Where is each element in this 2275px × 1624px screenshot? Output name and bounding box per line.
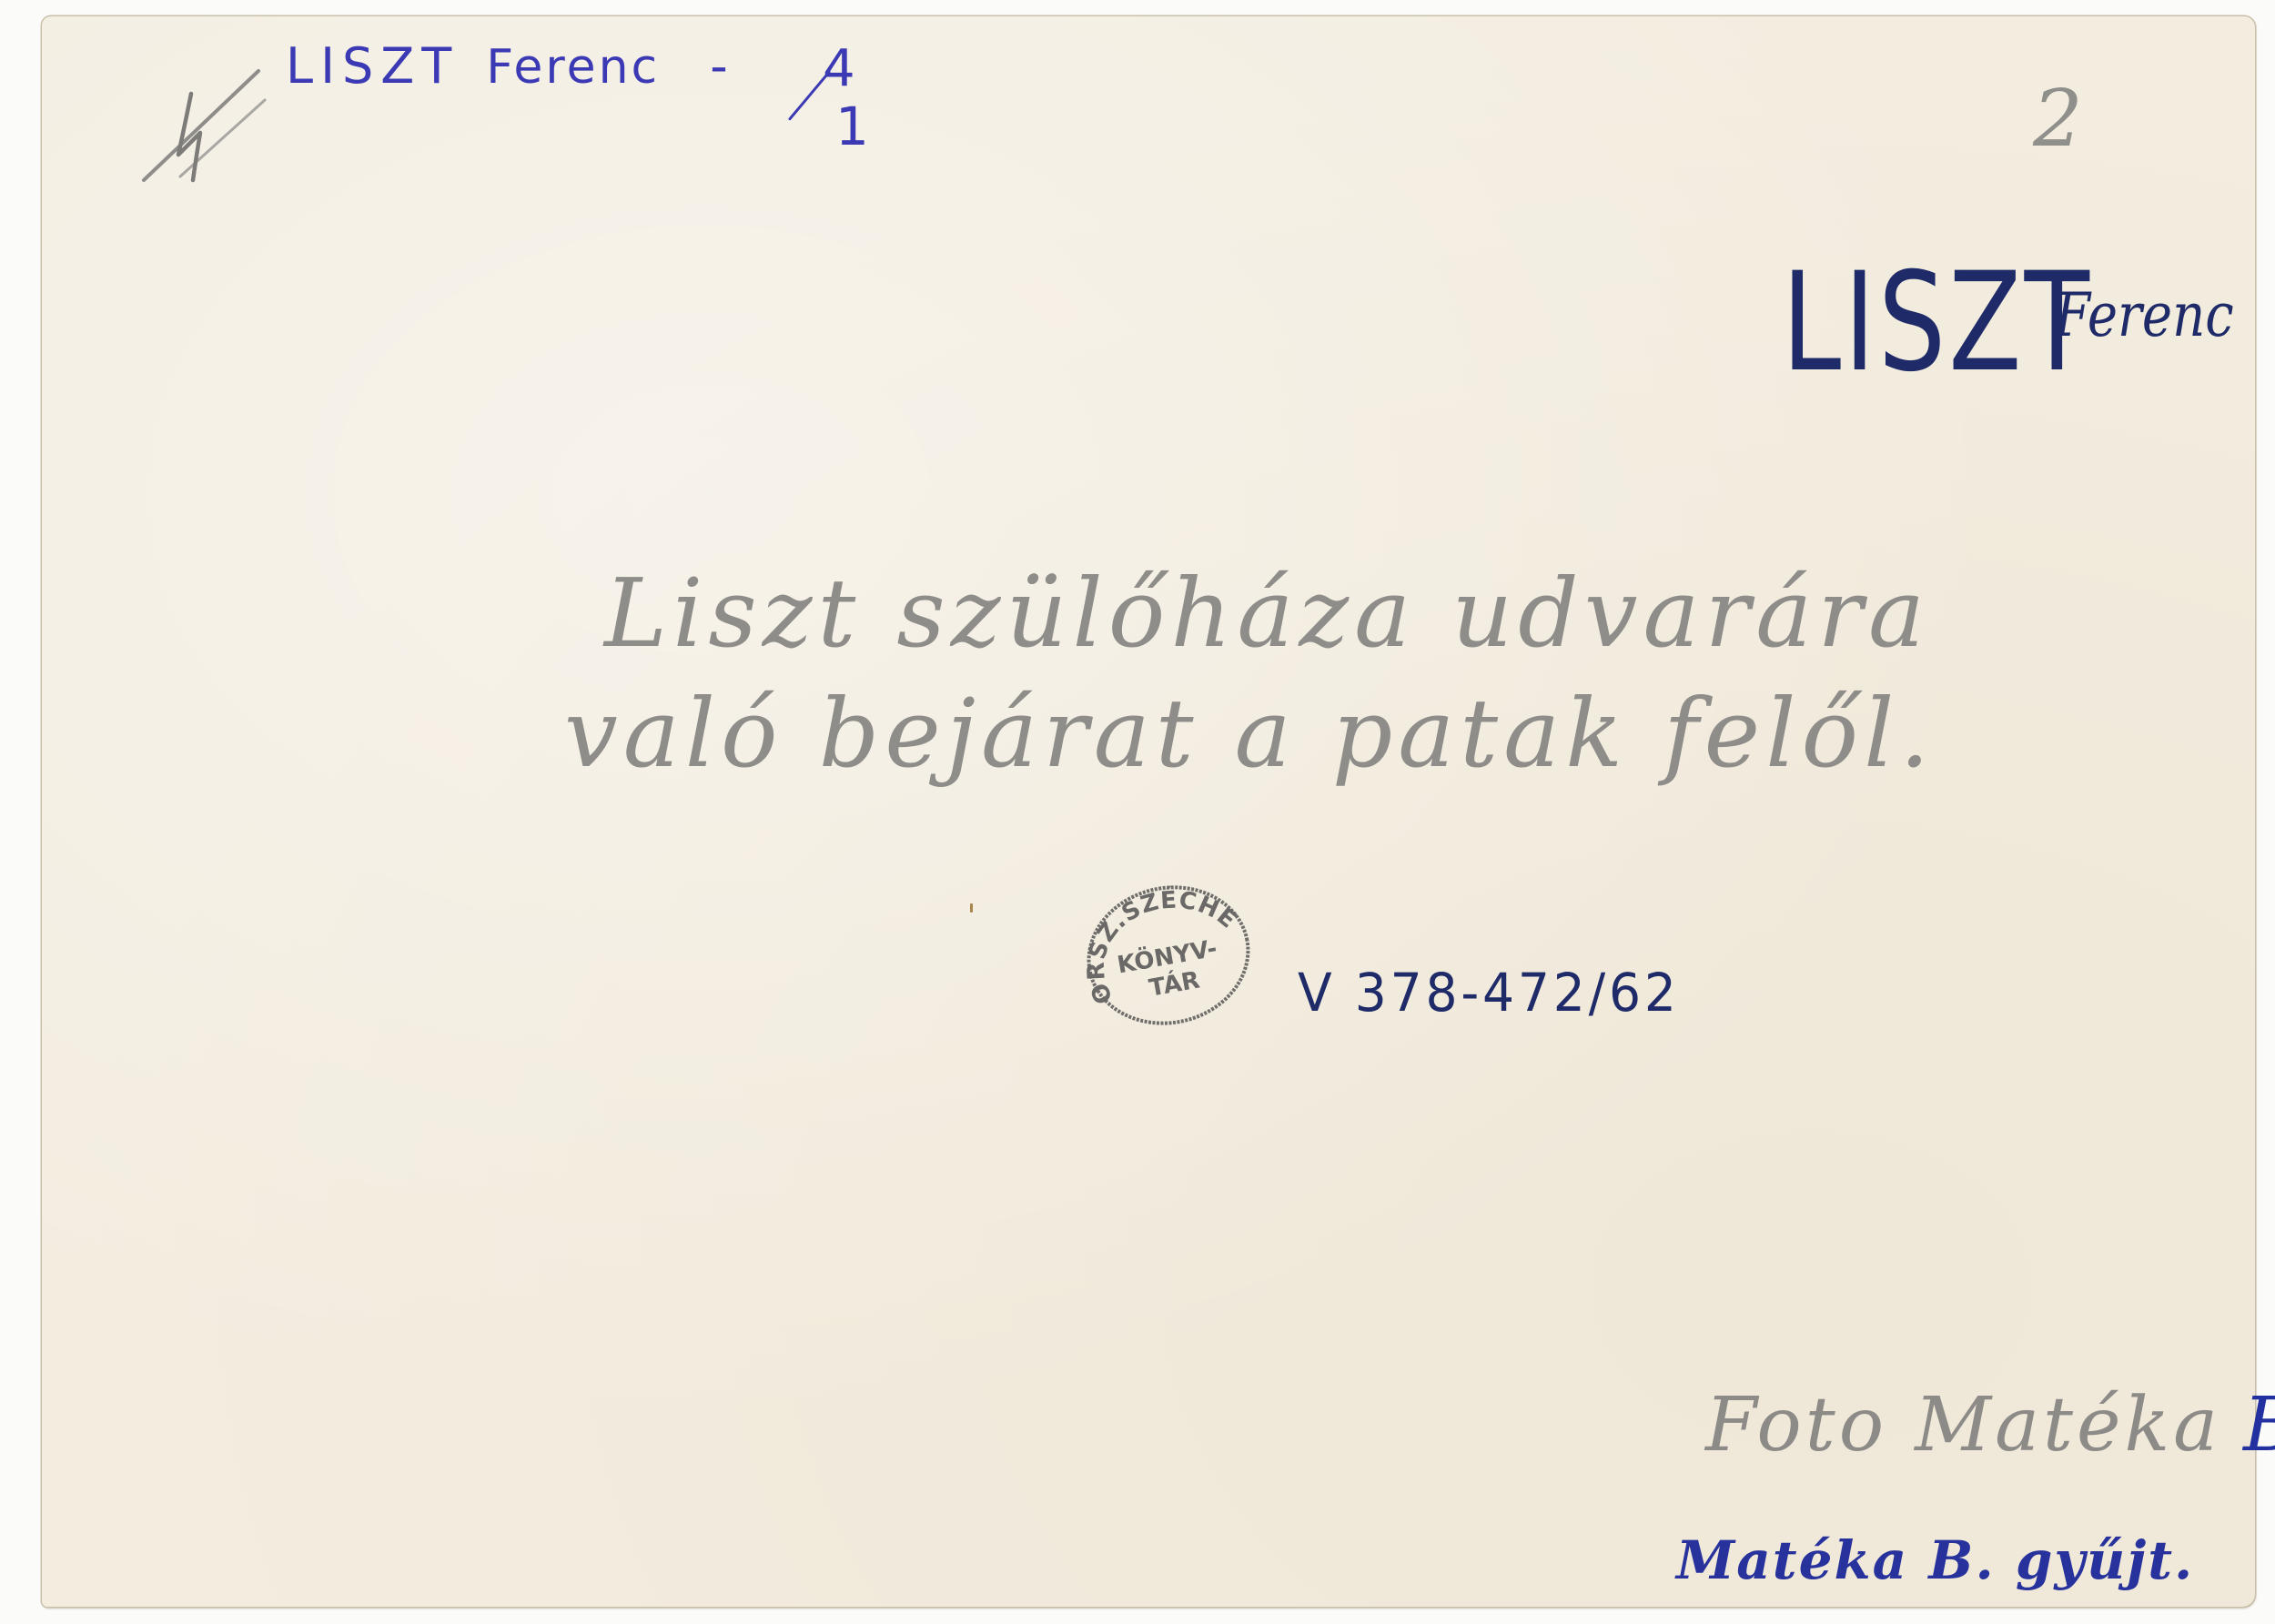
photo-credit-label: Foto Matéka: [1705, 1382, 2221, 1468]
pencil-ligature-mark-icon: [133, 53, 278, 189]
photo-credit: Foto MatékaB.: [1705, 1388, 2275, 1463]
paper-speck: [970, 903, 973, 913]
photo-credit-initial: B.: [2243, 1382, 2275, 1468]
caption-line-2: való bejárat a patak felől.: [564, 686, 1935, 781]
catalog-heading-surname: LISZT: [286, 37, 459, 95]
inventory-number: V 378-472/62: [1298, 966, 1680, 1019]
catalog-heading-dash: -: [710, 37, 735, 95]
photo-card-verso: LISZTFerenc - 4 1 2 LISZT Ferenc Liszt s…: [42, 16, 2255, 1607]
catalog-heading: LISZTFerenc -: [286, 42, 735, 91]
caption-line-1: Liszt szülőháza udvarára: [604, 566, 1930, 661]
library-stamp-icon: ORSZ.SZÉCHENYI KÖNYV- TÁR: [1077, 872, 1259, 1035]
subject-name-surname: LISZT: [1782, 255, 2092, 391]
subject-name-given: Ferenc: [2055, 286, 2234, 346]
collection-note: Matéka B. gyűjt.: [1676, 1534, 2194, 1587]
catalog-fraction-numerator: 4: [823, 44, 855, 95]
page-number: 2: [2033, 80, 2083, 158]
catalog-fraction-denominator: 1: [835, 100, 869, 153]
catalog-heading-given: Ferenc: [486, 40, 660, 95]
